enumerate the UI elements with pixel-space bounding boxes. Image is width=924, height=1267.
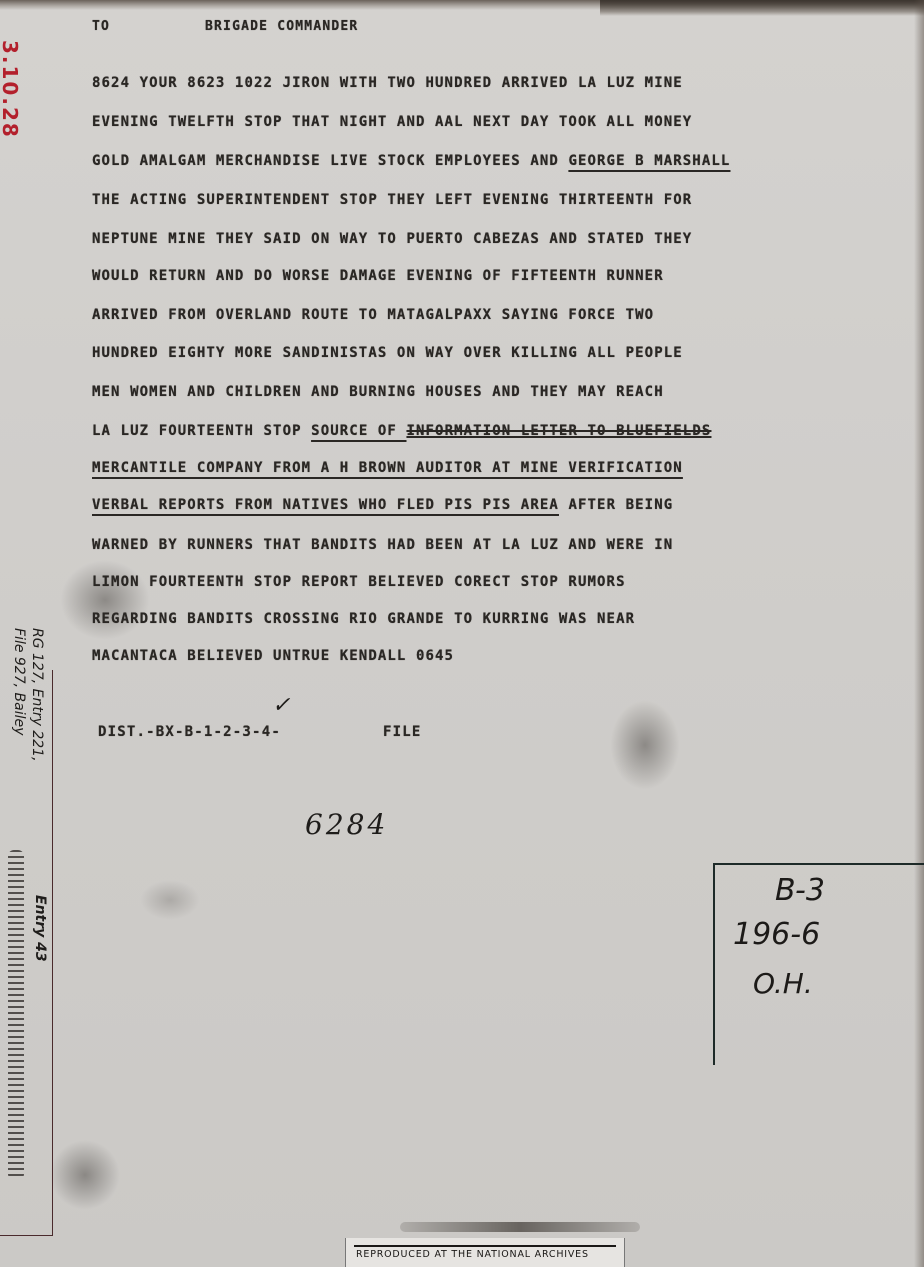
margin-note-entry: Entry 43 xyxy=(32,895,48,962)
footer-smudge xyxy=(400,1222,640,1232)
to-label: TO xyxy=(92,19,110,34)
archives-reproduction-notice: REPRODUCED AT THE NATIONAL ARCHIVES xyxy=(356,1249,589,1260)
filing-initials: O.H. xyxy=(753,967,813,1000)
ink-smudge xyxy=(140,880,200,920)
archives-banner: REPRODUCED AT THE NATIONAL ARCHIVES xyxy=(345,1238,625,1267)
body-line-13: WARNED BY RUNNERS THAT BANDITS HAD BEEN … xyxy=(92,537,673,553)
body-line-10-text: LA LUZ FOURTEENTH STOP xyxy=(92,423,311,439)
top-edge-shadow-right xyxy=(600,0,924,16)
ink-smudge xyxy=(610,700,680,790)
right-edge-shadow xyxy=(914,0,924,1267)
body-line-3: GOLD AMALGAM MERCHANDISE LIVE STOCK EMPL… xyxy=(92,153,730,169)
body-line-8: HUNDRED EIGHTY MORE SANDINISTAS ON WAY O… xyxy=(92,345,683,361)
body-line-10: LA LUZ FOURTEENTH STOP SOURCE OF INFORMA… xyxy=(92,423,711,439)
underlined-reports: VERBAL REPORTS FROM NATIVES WHO FLED PIS… xyxy=(92,497,559,513)
body-line-1: 8624 YOUR 8623 1022 JIRON WITH TWO HUNDR… xyxy=(92,75,683,91)
underlined-name: GEORGE B MARSHALL xyxy=(568,153,730,169)
body-line-2: EVENING TWELFTH STOP THAT NIGHT AND AAL … xyxy=(92,114,692,130)
filing-number: 196-6 xyxy=(733,917,820,952)
addressee: BRIGADE COMMANDER xyxy=(205,19,358,34)
margin-note-record-group: RG 127, Entry 221, xyxy=(29,628,45,762)
struck-through-text: INFORMATION LETTER TO BLUEFIELDS xyxy=(406,423,711,439)
scribbled-out-note xyxy=(8,850,24,1180)
distribution-list: DIST.-BX-B-1-2-3-4- xyxy=(98,724,281,740)
margin-note-file: File 927, Bailey xyxy=(11,628,27,735)
body-line-15: REGARDING BANDITS CROSSING RIO GRANDE TO… xyxy=(92,611,635,627)
body-line-7: ARRIVED FROM OVERLAND ROUTE TO MATAGALPA… xyxy=(92,307,654,323)
document-page: TO BRIGADE COMMANDER 8624 YOUR 8623 1022… xyxy=(0,0,924,1267)
body-line-16: MACANTACA BELIEVED UNTRUE KENDALL 0645 xyxy=(92,648,454,664)
underlined-company: MERCANTILE COMPANY FROM A H BROWN AUDITO… xyxy=(92,460,683,476)
ink-smudge xyxy=(60,560,150,640)
filing-stamp-box: B-3 196-6 O.H. xyxy=(713,863,924,1065)
filing-code: B-3 xyxy=(775,873,825,908)
body-line-4: THE ACTING SUPERINTENDENT STOP THEY LEFT… xyxy=(92,192,692,208)
file-label: FILE xyxy=(383,724,422,740)
ink-smudge xyxy=(50,1140,120,1210)
banner-rule xyxy=(354,1245,616,1247)
handwritten-number: 6284 xyxy=(305,808,388,841)
underlined-source: SOURCE OF xyxy=(311,423,406,439)
check-mark-icon: ✓ xyxy=(272,693,290,718)
body-line-6: WOULD RETURN AND DO WORSE DAMAGE EVENING… xyxy=(92,268,664,284)
body-line-12: VERBAL REPORTS FROM NATIVES WHO FLED PIS… xyxy=(92,497,673,513)
body-line-5: NEPTUNE MINE THEY SAID ON WAY TO PUERTO … xyxy=(92,231,692,247)
body-line-12-rest: AFTER BEING xyxy=(559,497,673,513)
body-line-14: LIMON FOURTEENTH STOP REPORT BELIEVED CO… xyxy=(92,574,626,590)
body-line-9: MEN WOMEN AND CHILDREN AND BURNING HOUSE… xyxy=(92,384,664,400)
red-margin-note: 3.10.28 xyxy=(0,40,22,139)
body-line-11: MERCANTILE COMPANY FROM A H BROWN AUDITO… xyxy=(92,460,683,476)
body-line-3-text: GOLD AMALGAM MERCHANDISE LIVE STOCK EMPL… xyxy=(92,153,568,169)
